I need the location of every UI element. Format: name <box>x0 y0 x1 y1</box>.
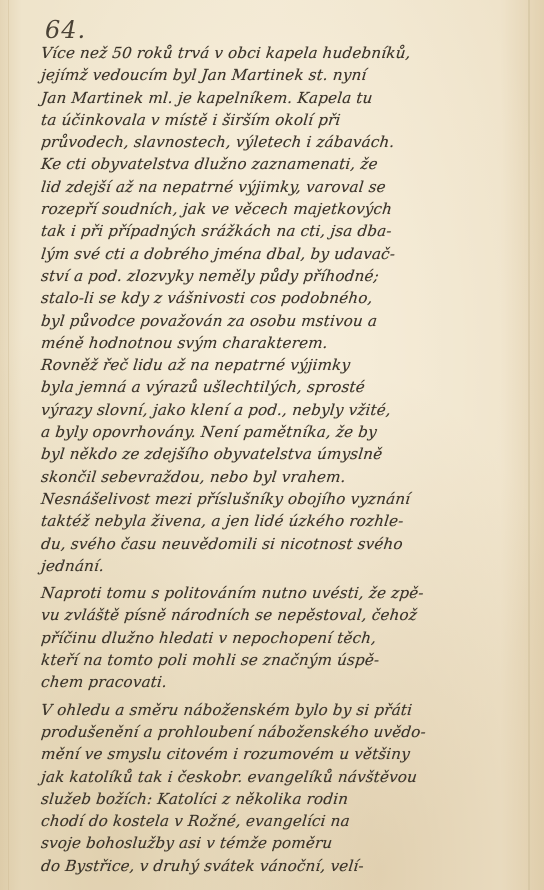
text-line: du, svého času neuvědomili si nicotnost … <box>40 533 502 555</box>
text-line: a byly opovrhovány. Není pamětníka, že b… <box>40 421 502 443</box>
text-line: chem pracovati. <box>40 671 502 693</box>
text-line: svoje bohoslužby asi v témže poměru <box>40 832 502 854</box>
text-line: Jan Martinek ml. je kapelníkem. Kapela t… <box>40 87 502 109</box>
text-line: rozepří soudních, jak ve věcech majetkov… <box>40 198 502 220</box>
text-line: byla jemná a výrazů ušlechtilých, sprost… <box>40 376 502 398</box>
text-line: jednání. <box>40 555 502 577</box>
text-line: Naproti tomu s politováním nutno uvésti,… <box>40 582 502 604</box>
text-line: byl někdo ze zdejšího obyvatelstva úmysl… <box>40 443 502 465</box>
paragraph-cest-obyvatelstva: Ke cti obyvatelstva dlužno zaznamenati, … <box>40 153 500 354</box>
text-line: jak katolíků tak i českobr. evangelíků n… <box>40 766 502 788</box>
page-number: 64. <box>45 16 86 44</box>
text-line: Rovněž řeč lidu až na nepatrné výjimky <box>40 354 502 376</box>
text-line: V ohledu a směru náboženském bylo by si … <box>40 699 502 721</box>
text-line: Více než 50 roků trvá v obci kapela hude… <box>40 42 502 64</box>
text-line: mění ve smyslu citovém i rozumovém u vět… <box>40 743 502 765</box>
text-line: chodí do kostela v Rožné, evangelíci na <box>40 810 502 832</box>
text-line: ta účinkovala v místě i širším okolí při <box>40 109 502 131</box>
text-line: ství a pod. zlozvyky neměly půdy příhodn… <box>40 265 502 287</box>
text-line: vu zvláště písně národních se nepěstoval… <box>40 604 502 626</box>
text-line: do Bystřice, v druhý svátek vánoční, vel… <box>40 855 502 877</box>
text-line: lým své cti a dobrého jména dbal, by uda… <box>40 243 502 265</box>
handwritten-text: Více než 50 roků trvá v obci kapela hude… <box>40 42 500 877</box>
text-line: jejímž vedoucím byl Jan Martinek st. nyn… <box>40 64 502 86</box>
text-line: Ke cti obyvatelstva dlužno zaznamenati, … <box>40 153 502 175</box>
text-line: méně hodnotnou svým charakterem. <box>40 332 502 354</box>
text-line: příčinu dlužno hledati v nepochopení těc… <box>40 627 502 649</box>
text-line: výrazy slovní, jako klení a pod., nebyly… <box>40 399 502 421</box>
text-line: tak i při případných srážkách na cti, js… <box>40 220 502 242</box>
text-line: stalo-li se kdy z vášnivosti cos podobné… <box>40 287 502 309</box>
text-line: byl původce považován za osobu mstivou a <box>40 310 502 332</box>
text-line: průvodech, slavnostech, výletech i zábav… <box>40 131 502 153</box>
text-line: skončil sebevraždou, nebo byl vrahem. <box>40 466 502 488</box>
paragraph-kapela: Více než 50 roků trvá v obci kapela hude… <box>40 42 500 153</box>
text-line: produšenění a prohloubení náboženského u… <box>40 721 502 743</box>
paragraph-rec-lidu: Rovněž řeč lidu až na nepatrné výjimky b… <box>40 354 500 488</box>
text-line: taktéž nebyla živena, a jen lidé úzkého … <box>40 510 502 532</box>
text-line: Nesnášelivost mezi příslušníky obojího v… <box>40 488 502 510</box>
text-line: lid zdejší až na nepatrné výjimky, varov… <box>40 176 502 198</box>
paragraph-zpev: Naproti tomu s politováním nutno uvésti,… <box>40 582 500 693</box>
document-page: 64. Více než 50 roků trvá v obci kapela … <box>0 0 544 890</box>
text-line: služeb božích: Katolíci z několika rodin <box>40 788 502 810</box>
paragraph-nesnaselivost: Nesnášelivost mezi příslušníky obojího v… <box>40 488 500 577</box>
text-line: kteří na tomto poli mohli se značným úsp… <box>40 649 502 671</box>
paragraph-nabozenstvi: V ohledu a směru náboženském bylo by si … <box>40 699 500 877</box>
